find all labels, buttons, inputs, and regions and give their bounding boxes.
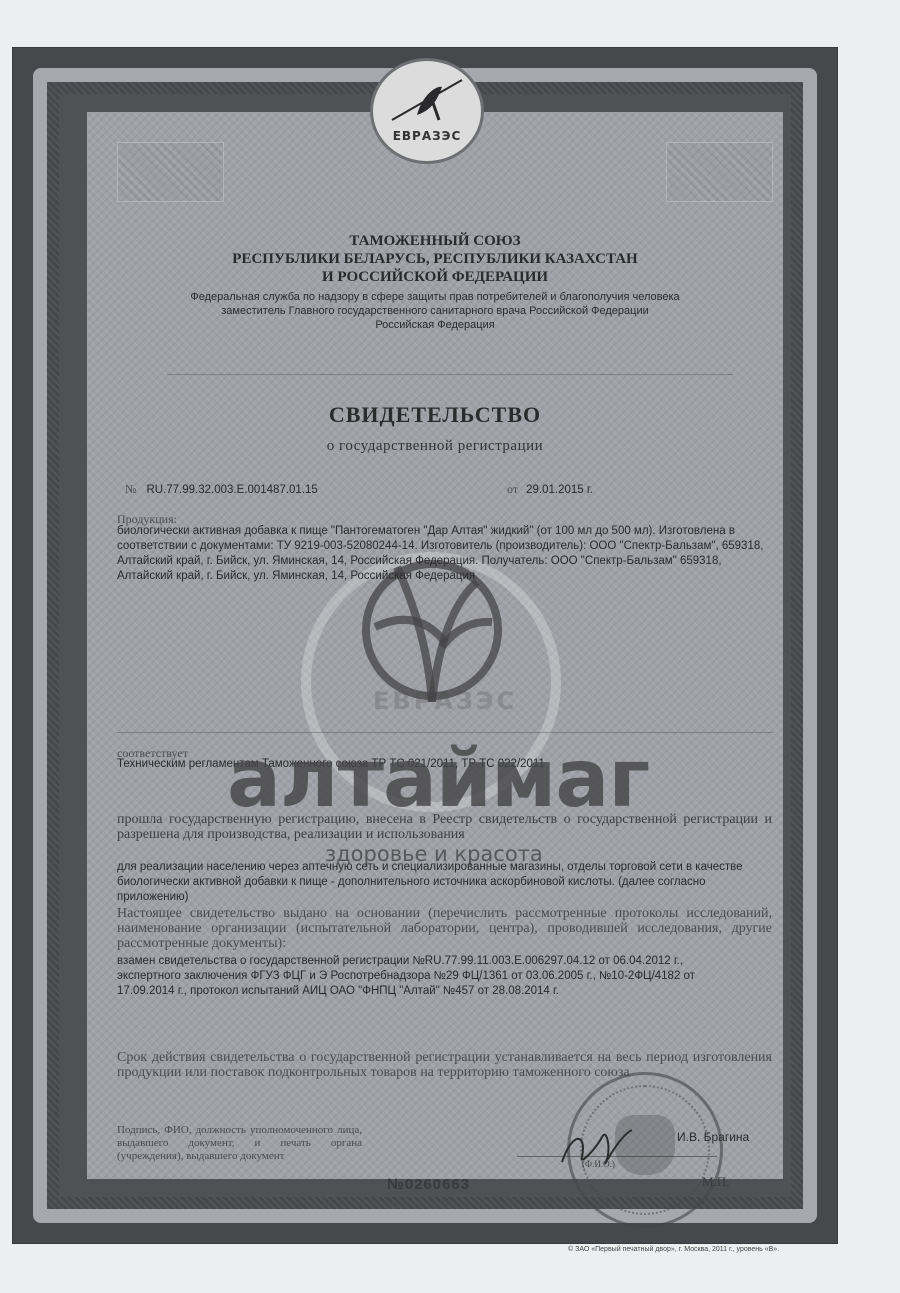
certificate-subtitle: о государственной регистрации bbox=[87, 438, 783, 455]
registration-number: RU.77.99.32.003.Е.001487.01.15 bbox=[146, 484, 317, 496]
registration-statement: прошла государственную регистрацию, внес… bbox=[117, 812, 772, 842]
date-row: от 29.01.2015 г. bbox=[507, 480, 593, 498]
product-description: биологически активная добавка к пище "Па… bbox=[117, 524, 767, 584]
date-label: от bbox=[507, 482, 518, 496]
registration-date: 29.01.2015 г. bbox=[526, 484, 593, 496]
header-line-2: РЕСПУБЛИКИ БЕЛАРУСЬ, РЕСПУБЛИКИ КАЗАХСТА… bbox=[87, 250, 783, 268]
validity-text: Срок действия свидетельства о государств… bbox=[117, 1050, 772, 1080]
agency-line-1: Федеральная служба по надзору в сфере за… bbox=[87, 290, 783, 304]
seal-label: М.П. bbox=[702, 1174, 729, 1190]
divider bbox=[167, 374, 733, 375]
certificate-title: СВИДЕТЕЛЬСТВО bbox=[87, 402, 783, 428]
usage-text: для реализации населению через аптечную … bbox=[117, 860, 779, 905]
blank-serial-number: №0260663 bbox=[387, 1176, 470, 1193]
basis-text: взамен свидетельства о государственной р… bbox=[117, 954, 737, 999]
signature-label: Подпись, ФИО, должность уполномоченного … bbox=[117, 1124, 362, 1163]
eurasec-emblem-icon bbox=[387, 75, 467, 125]
certificate-field: ТАМОЖЕННЫЙ СОЮЗ РЕСПУБЛИКИ БЕЛАРУСЬ, РЕС… bbox=[87, 112, 783, 1179]
agency-line-3: Российская Федерация bbox=[87, 318, 783, 332]
logo-text: ЕВРАЗЭС bbox=[393, 129, 462, 143]
header-line-1: ТАМОЖЕННЫЙ СОЮЗ bbox=[87, 232, 783, 250]
signature-line bbox=[517, 1156, 717, 1157]
fio-hint: (Ф.И.О.) bbox=[582, 1159, 615, 1169]
registration-number-row: № RU.77.99.32.003.Е.001487.01.15 bbox=[125, 480, 725, 498]
agency-line-2: заместитель Главного государственного са… bbox=[87, 304, 783, 318]
basis-label: Настоящее свидетельство выдано на основа… bbox=[117, 906, 772, 951]
corner-ornament-left bbox=[117, 142, 224, 202]
signatory-name: И.В. Брагина bbox=[677, 1130, 749, 1144]
eurasec-logo: ЕВРАЗЭС bbox=[370, 58, 484, 164]
header-line-3: И РОССИЙСКОЙ ФЕДЕРАЦИИ bbox=[87, 268, 783, 286]
certificate-page: ТАМОЖЕННЫЙ СОЮЗ РЕСПУБЛИКИ БЕЛАРУСЬ, РЕС… bbox=[13, 48, 837, 1243]
number-label: № bbox=[125, 482, 136, 496]
printer-note: © ЗАО «Первый печатный двор», г. Москва,… bbox=[568, 1246, 779, 1253]
corner-ornament-right bbox=[666, 142, 773, 202]
